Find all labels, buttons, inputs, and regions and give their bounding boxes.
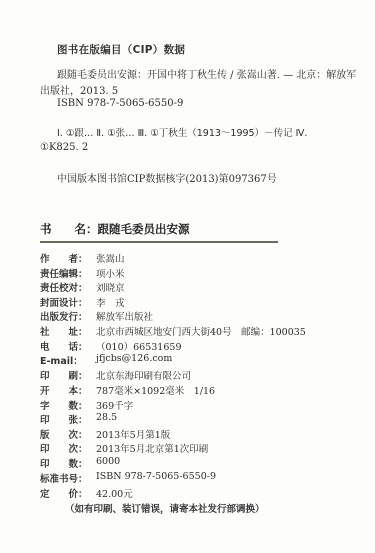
detail-editor: 责任编辑：项小米: [40, 266, 125, 280]
detail-isbn: 标准书号：ISBN 978-7-5065-6550-9: [40, 471, 216, 485]
cip-heading: 图书在版编目（CIP）数据: [57, 42, 185, 57]
title-divider: [40, 241, 278, 243]
detail-edition: 版 次：2013年5月第1版: [40, 427, 170, 441]
detail-proofreader: 责任校对：刘晓京: [40, 280, 125, 294]
detail-publisher: 出版发行：解放军出版社: [40, 309, 153, 323]
detail-format: 开 本：787毫米×1092毫米 1/16: [40, 383, 215, 397]
detail-author: 作 者：张嵩山: [40, 251, 125, 265]
cip-classification-line1: Ⅰ. ①跟… Ⅱ. ①张… Ⅲ. ①丁秋生（1913～1995）－传记 Ⅳ.: [57, 125, 307, 139]
detail-printer: 印 刷：北京东海印刷有限公司: [40, 368, 191, 382]
cip-entry-line1: 跟随毛委员出安源：开国中将丁秋生传 / 张嵩山著. — 北京：解放军: [57, 66, 356, 81]
detail-cover-design: 封面设计：李 戎: [40, 295, 125, 309]
detail-sheets: 印 张：28.5: [40, 412, 117, 426]
cip-entry-line2: 出版社，2013. 5: [40, 82, 118, 97]
cip-isbn: ISBN 978-7-5065-6550-9: [57, 98, 183, 109]
detail-word-count: 字 数：369千字: [40, 398, 133, 412]
detail-price: 定 价：42.00元: [40, 486, 133, 500]
detail-address: 社 址：北京市西城区地安门西大街40号 邮编：100035: [40, 324, 306, 338]
detail-print-run: 印 数：6000: [40, 456, 120, 470]
detail-email: E-mail：jfjcbs@126.com: [40, 353, 172, 367]
book-title-value: 跟随毛委员出安源: [98, 222, 190, 236]
detail-printing: 印 次：2013年5月北京第1次印刷: [40, 441, 208, 455]
detail-phone: 电 话：（010）66531659: [40, 339, 182, 353]
cip-classification-line2: ①K825. 2: [40, 142, 88, 153]
error-return-note: （如有印刷、装订错误，请寄本社发行部调换）: [65, 501, 265, 515]
book-title-label: 书 名：: [40, 222, 98, 236]
book-title-line: 书 名：跟随毛委员出安源: [40, 221, 190, 237]
cip-verification-number: 中国版本图书馆CIP数据核字(2013)第097367号: [57, 170, 277, 185]
